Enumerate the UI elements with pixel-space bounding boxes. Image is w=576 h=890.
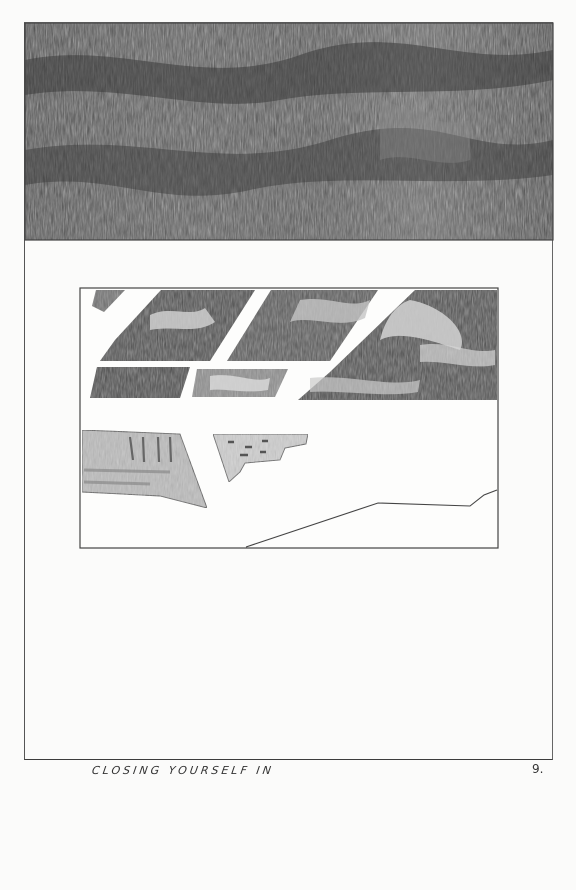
page-number: 9. (532, 762, 543, 776)
pencil-artwork (0, 0, 576, 890)
page-caption: CLOSING YOURSELF IN (91, 764, 275, 777)
dark-shaded-band (25, 23, 553, 240)
inner-panel (80, 288, 498, 548)
sketchbook-page: CLOSING YOURSELF IN 9. (0, 0, 576, 890)
